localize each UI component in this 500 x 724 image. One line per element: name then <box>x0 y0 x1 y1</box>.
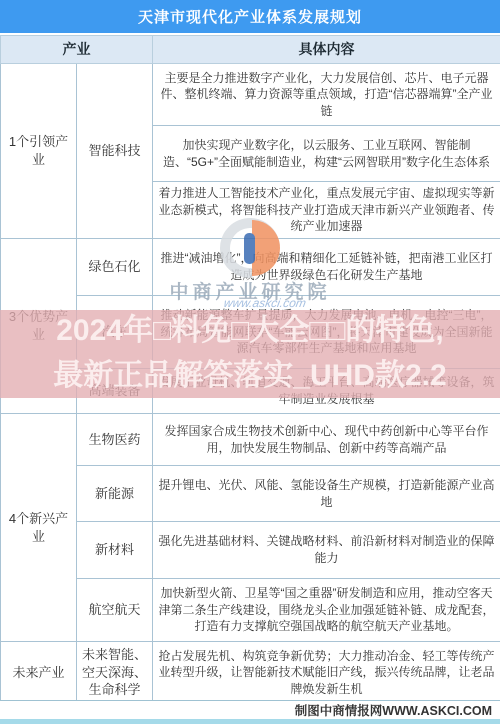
industry-cell: 新能源 <box>77 466 153 522</box>
content-cell: 主要是全力推进数字产业化，大力发展信创、芯片、电子元器件、整机终端、算力资源等重… <box>153 64 500 126</box>
promo-overlay-line1: 2024年□料免□大全□□的特色, <box>0 313 500 349</box>
group-cell: 未来产业 <box>1 642 77 704</box>
promo-overlay-line2: 最新正品解答落实_UHD款2.2 <box>0 358 500 394</box>
group-cell: 4个新兴产业 <box>1 414 77 642</box>
industry-cell: 智能科技 <box>77 64 153 239</box>
title-bar: 天津市现代化产业体系发展规划 <box>0 0 500 35</box>
table-row: 1个引领产业 智能科技 主要是全力推进数字产业化，大力发展信创、芯片、电子元器件… <box>1 64 500 126</box>
table-row: 未来产业 未来智能、空天深海、生命科学 抢占发展先机、构筑竞争新优势；大力推动冶… <box>1 642 500 704</box>
promo-overlay-banner: 2024年□料免□大全□□的特色, 最新正品解答落实_UHD款2.2 <box>0 310 500 398</box>
page-title: 天津市现代化产业体系发展规划 <box>138 6 362 27</box>
content-cell: 加快新型火箭、卫星等“国之重器”研发制造和应用，推动空客天津第二条生产线建设，围… <box>153 579 500 642</box>
header-detail: 具体内容 <box>153 36 500 64</box>
infographic-page: 天津市现代化产业体系发展规划 产业 具体内容 1个引领产业 智能科技 主要是全力… <box>0 0 500 724</box>
industry-cell: 新材料 <box>77 522 153 579</box>
content-cell: 提升锂电、光伏、风能、氢能设备生产规模，打造新能源产业高地 <box>153 466 500 522</box>
content-cell: 发挥国家合成生物技术创新中心、现代中药创新中心等平台作用，加快发展生物制品、创新… <box>153 414 500 466</box>
content-cell: 推进“减油增化”，向高端和精细化工延链补链，把南港工业区打造成为世界级绿色石化研… <box>153 239 500 296</box>
footer-bar: 制图中商情报网WWW.ASKCI.COM <box>0 700 500 719</box>
industry-cell: 航空航天 <box>77 579 153 642</box>
footer-credit-text: 制图中商情报网WWW.ASKCI.COM <box>295 701 492 719</box>
content-cell: 加快实现产业数字化，以云服务、工业互联网、智能制造、“5G+”全面赋能制造业，构… <box>153 126 500 182</box>
content-cell: 强化先进基础材料、关键战略材料、前沿新材料对制造业的保障能力 <box>153 522 500 579</box>
group-cell: 1个引领产业 <box>1 64 77 239</box>
table-row: 4个新兴产业 生物医药 发挥国家合成生物技术创新中心、现代中药创新中心等平台作用… <box>1 414 500 466</box>
bottom-cyan-bar <box>0 719 500 724</box>
table-row: 3个优势产业 绿色石化 推进“减油增化”，向高端和精细化工延链补链，把南港工业区… <box>1 239 500 296</box>
industry-cell: 绿色石化 <box>77 239 153 296</box>
industry-cell: 生物医药 <box>77 414 153 466</box>
table-header-row: 产业 具体内容 <box>1 36 500 64</box>
content-cell: 抢占发展先机、构筑竞争新优势；大力推动冶金、轻工等传统产业转型升级，让智能新技术… <box>153 642 500 704</box>
content-cell: 着力推进人工智能技术产业化，重点发展元宇宙、虚拟现实等新业态新模式，将智能科技产… <box>153 182 500 239</box>
header-industry: 产业 <box>1 36 153 64</box>
industry-cell: 未来智能、空天深海、生命科学 <box>77 642 153 704</box>
